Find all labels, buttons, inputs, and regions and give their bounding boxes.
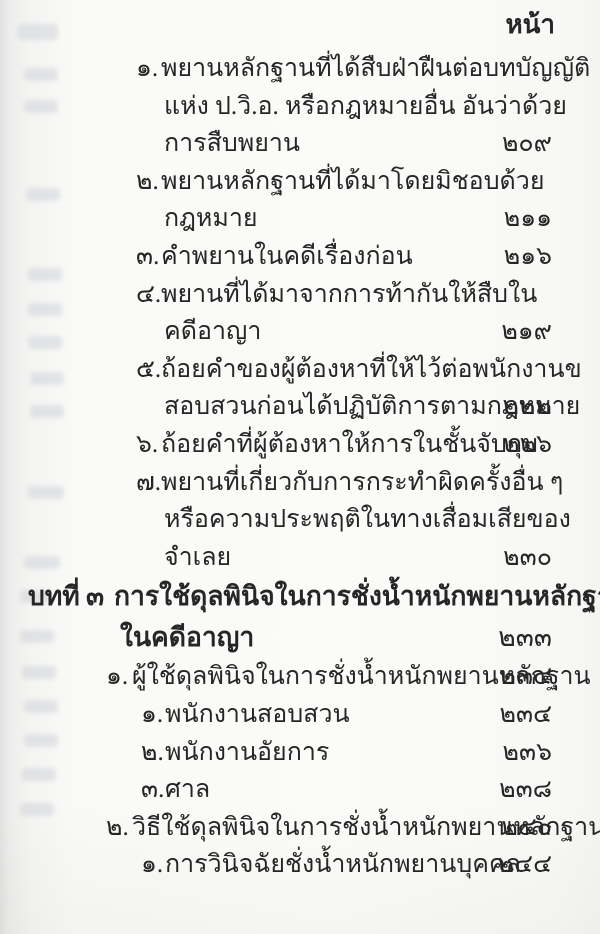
book-page: หน้า ๑.พยานหลักฐานที่ได้สืบฝ่าฝืนต่อบทบั… (0, 0, 600, 934)
toc-line: ๑.พนักงานสอบสวน๒๓๔ (0, 696, 600, 734)
entry-text: ถ้อยคำที่ผู้ต้องหาให้การในชั้นจับกุม (161, 426, 538, 464)
entry-page-number: ๒๐๙ (502, 125, 552, 163)
toc-line: ๖.ถ้อยคำที่ผู้ต้องหาให้การในชั้นจับกุม๒๒… (0, 426, 600, 464)
entry-text: จำเลย (164, 539, 231, 577)
entry-page-number: ๒๔๐ (501, 809, 552, 847)
entry-number: ๖. (136, 426, 158, 464)
entry-page-number: ๒๓๔ (500, 696, 553, 734)
entry-number: ๑. (136, 50, 158, 88)
entry-text: ถ้อยคำของผู้ต้องหาที่ให้ไว้ต่อพนักงานข (161, 351, 582, 389)
entry-page-number: ๒๓๖ (503, 734, 552, 772)
entry-number: ๔. (136, 276, 161, 314)
entry-text: พยานหลักฐานที่ได้มาโดยมิชอบด้วย (161, 163, 544, 201)
entry-text: แห่ง ป.วิ.อ. หรือกฎหมายอื่น อันว่าด้วย (164, 88, 567, 126)
toc-line: ๒.พนักงานอัยการ๒๓๖ (0, 734, 600, 772)
entry-number: ๓. (136, 238, 159, 276)
entry-number: ๑. (106, 658, 128, 696)
chapter-title: ในคดีอาญา (120, 617, 254, 658)
chapter-title: การใช้ดุลพินิจในการชั่งน้ำหนักพยานหลักฐา… (114, 576, 600, 617)
toc-line: ๓.คำพยานในคดีเรื่องก่อน๒๑๖ (0, 238, 600, 276)
entry-page-number: ๒๓๐ (503, 539, 552, 577)
entry-number: ๑. (141, 696, 163, 734)
toc-line: ๒.วิธีใช้ดุลพินิจในการชั่งน้ำหนักพยานหลั… (0, 809, 600, 847)
entry-number: ๒. (106, 809, 129, 847)
entry-text: กฎหมาย (164, 200, 258, 238)
entry-text: ศาล (165, 771, 210, 809)
chapter-number: ๓ (86, 576, 104, 617)
entry-number: ๕. (136, 351, 161, 389)
page-column-header: หน้า (505, 10, 555, 40)
chapter-heading-continuation: ในคดีอาญา๒๓๓ (0, 617, 600, 658)
entry-text: พยานหลักฐานที่ได้สืบฝ่าฝืนต่อบทบัญญัติ (161, 50, 590, 88)
toc-line: ๗.พยานที่เกี่ยวกับการกระทำผิดครั้งอื่น ๆ (0, 464, 600, 502)
toc-line: ๔.พยานที่ได้มาจากการท้ากันให้สืบใน (0, 276, 600, 314)
entry-page-number: ๒๒๒ (503, 388, 552, 426)
entry-number: ๒. (136, 163, 159, 201)
toc-line: คดีอาญา๒๑๙ (0, 313, 600, 351)
entry-text: การสืบพยาน (164, 125, 300, 163)
toc-line: สอบสวนก่อนได้ปฏิบัติการตามกฎหมาย๒๒๒ (0, 388, 600, 426)
entry-number: ๗. (136, 464, 161, 502)
entry-page-number: ๒๓๔ (500, 658, 553, 696)
entry-text: คำพยานในคดีเรื่องก่อน (161, 238, 413, 276)
entry-text: พนักงานอัยการ (165, 734, 329, 772)
toc-line: กฎหมาย๒๑๑ (0, 200, 600, 238)
chapter-label: บทที่ (28, 576, 80, 617)
entry-text: หรือความประพฤติในทางเสื่อมเสียของ (164, 501, 571, 539)
entry-text: พนักงานสอบสวน (165, 696, 350, 734)
toc-line: ๑.ผู้ใช้ดุลพินิจในการชั่งน้ำหนักพยานหลัก… (0, 658, 600, 696)
entry-text: พยานที่เกี่ยวกับการกระทำผิดครั้งอื่น ๆ (161, 464, 563, 502)
entry-page-number: ๒๓๓ (498, 617, 552, 658)
toc-line: แห่ง ป.วิ.อ. หรือกฎหมายอื่น อันว่าด้วย (0, 88, 600, 126)
toc-line: ๕.ถ้อยคำของผู้ต้องหาที่ให้ไว้ต่อพนักงานข (0, 351, 600, 389)
entry-number: ๑. (141, 846, 163, 884)
toc-line: หรือความประพฤติในทางเสื่อมเสียของ (0, 501, 600, 539)
entry-number: ๓. (141, 771, 164, 809)
chapter-heading: บทที่๓การใช้ดุลพินิจในการชั่งน้ำหนักพยาน… (0, 576, 600, 617)
bleed-through-mark (18, 24, 58, 40)
toc-line: ๑.การวินิจฉัยชั่งน้ำหนักพยานบุคคล๒๔๔ (0, 846, 600, 884)
entry-text: คดีอาญา (164, 313, 261, 351)
entry-number: ๒. (141, 734, 164, 772)
entry-text: การวินิจฉัยชั่งน้ำหนักพยานบุคคล (165, 846, 521, 884)
toc-line: จำเลย๒๓๐ (0, 539, 600, 577)
entry-page-number: ๒๒๖ (503, 426, 552, 464)
entry-page-number: ๒๓๘ (499, 771, 552, 809)
entry-page-number: ๒๑๑ (504, 200, 552, 238)
toc-line: ๒.พยานหลักฐานที่ได้มาโดยมิชอบด้วย (0, 163, 600, 201)
toc-line: การสืบพยาน๒๐๙ (0, 125, 600, 163)
toc-line: ๑.พยานหลักฐานที่ได้สืบฝ่าฝืนต่อบทบัญญัติ (0, 50, 600, 88)
entry-page-number: ๒๔๔ (498, 846, 552, 884)
entry-text: พยานที่ได้มาจากการท้ากันให้สืบใน (161, 276, 537, 314)
table-of-contents: ๑.พยานหลักฐานที่ได้สืบฝ่าฝืนต่อบทบัญญัติ… (0, 50, 600, 884)
entry-page-number: ๒๑๙ (501, 313, 552, 351)
entry-page-number: ๒๑๖ (504, 238, 552, 276)
toc-line: ๓.ศาล๒๓๘ (0, 771, 600, 809)
